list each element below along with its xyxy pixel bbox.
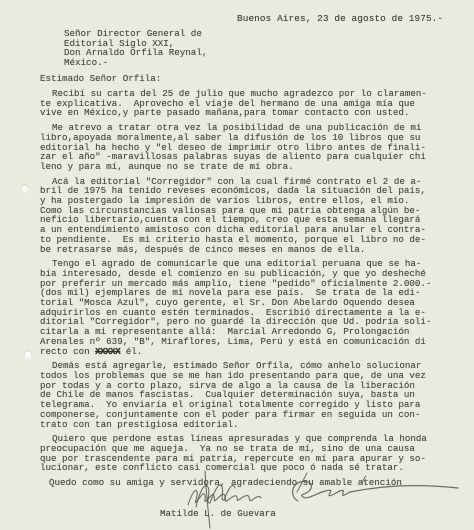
signature-stroke [188,490,261,505]
date-line: Buenos Aires, 23 de agosto de 1975.- [237,13,443,24]
line-text: recto con [40,346,95,357]
paragraph: Recibí su carta del 25 de julio que much… [40,89,431,118]
paragraph: Tengo el agrado de comunicarle que una e… [40,259,431,356]
letter-paragraphs: Recibí su carta del 25 de julio que much… [40,89,431,473]
letter-line: trato con tan prestigiosa editorial. [40,420,431,430]
letter-line: leno y para mí, aunque no se trate de mi… [40,162,431,172]
letter-line: recto con XXXXX él. [40,347,431,357]
punch-hole [21,184,29,193]
paragraph: Me atrevo a tratar otra vez la posibilid… [40,123,431,172]
paragraph: Acá la editorial "Corregidor" con la cua… [40,177,431,255]
signature-stroke [196,485,235,507]
line-text: él. [120,346,142,357]
letter-line: vive en México,y parte pasado mañana,par… [40,108,431,118]
punch-hole [24,350,32,359]
closing-line: Quedo como su amiga y servidora, agradec… [40,478,431,488]
address-line: México.- [64,58,207,68]
typed-signature-name: Matilde L. de Guevara [160,508,276,519]
paragraph: Demás está agregarle, estimado Señor Orf… [40,361,431,429]
recipient-address: Señor Director General deEditorial Siglo… [64,29,207,67]
letter-body: Recibí su carta del 25 de julio que much… [40,89,431,488]
letter-line: lucionar, este conflicto casi comercial … [40,463,431,473]
letter-sheet: Buenos Aires, 23 de agosto de 1975.- Señ… [0,0,474,530]
paragraph: Quiero que perdone estas líneas apresura… [40,434,431,473]
salutation: Estimado Señor Orfila: [40,73,161,84]
letter-line: be retrasarse más, después de cinco mese… [40,245,431,255]
strikethrough-redaction: XXXXX [95,346,120,357]
